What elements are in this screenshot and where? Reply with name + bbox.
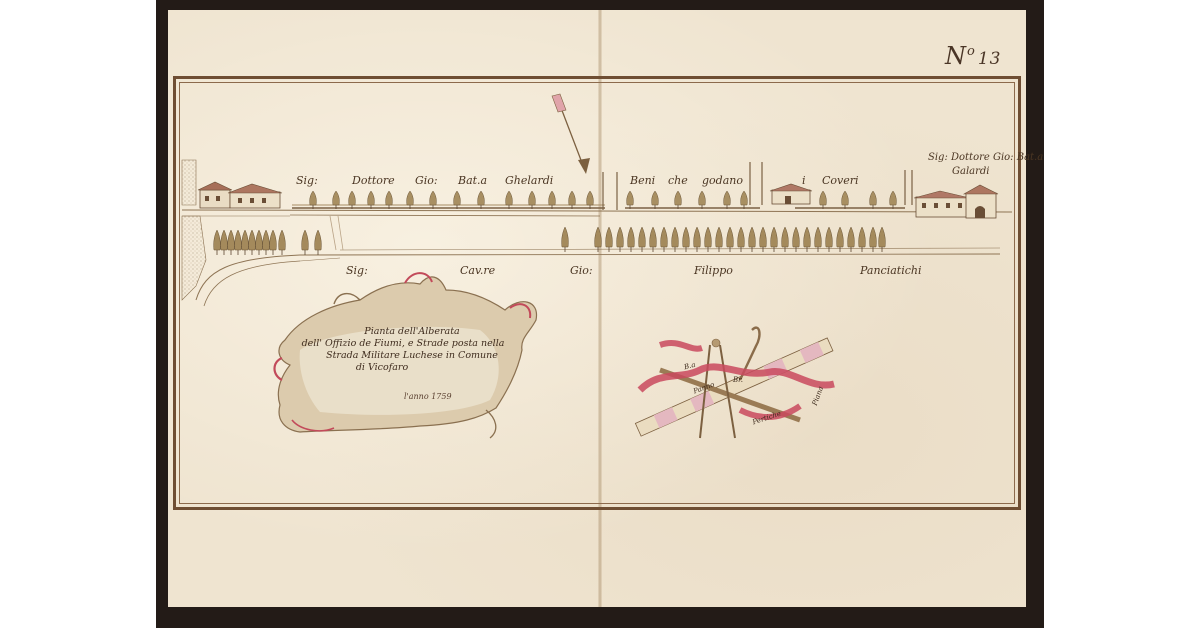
label-sig-1: Sig:: [296, 174, 318, 187]
cartouche-title: Pianta dell'Alberata dell' Offizio de Fi…: [302, 326, 522, 374]
arrow-icon: [552, 94, 590, 174]
label-ghelardi: Ghelardi: [505, 174, 553, 187]
label-che: che: [668, 174, 688, 187]
label-beni: Beni: [630, 174, 655, 187]
map-drawing: [0, 0, 1200, 628]
lower-road: [196, 248, 1000, 306]
farmhouse-left: [198, 182, 282, 208]
lower-poplar-row-left: [214, 230, 322, 255]
house-middle: [770, 184, 812, 204]
cartouche-line-3: Strada Militare Luchese in Comune: [302, 350, 522, 362]
label-panciatichi: Panciatichi: [860, 264, 922, 277]
label-filippo: Filippo: [694, 264, 733, 277]
upper-hedge: [292, 205, 905, 208]
upper-road: [182, 210, 1012, 216]
ribbon-label-br: Br.: [733, 376, 743, 384]
label-galardi: Galardi: [952, 166, 990, 177]
label-cav: Cav.re: [460, 264, 495, 277]
cartouche-line-2: dell' Offizio de Fiumi, e Strade posta n…: [284, 338, 522, 350]
label-gio-2: Gio:: [570, 264, 593, 277]
label-bat-1: Bat.a: [458, 174, 487, 187]
cartouche-line-4: di Vicofaro: [242, 362, 522, 374]
cartouche-date: l'anno 1759: [404, 392, 452, 401]
label-dottore-1: Dottore: [352, 174, 395, 187]
cartouche-line-1: Pianta dell'Alberata: [302, 326, 522, 338]
label-gio-1: Gio:: [415, 174, 438, 187]
label-coveri: Coveri: [822, 174, 859, 187]
farmhouse-right: [914, 185, 998, 218]
label-right-owner-1: Sig: Dottore Gio: Bat.a: [928, 152, 1043, 163]
label-i: i: [802, 174, 806, 187]
label-godano: godano: [702, 174, 743, 187]
canal: [330, 216, 343, 250]
dotted-field: [182, 160, 206, 300]
label-sig-2: Sig:: [346, 264, 368, 277]
